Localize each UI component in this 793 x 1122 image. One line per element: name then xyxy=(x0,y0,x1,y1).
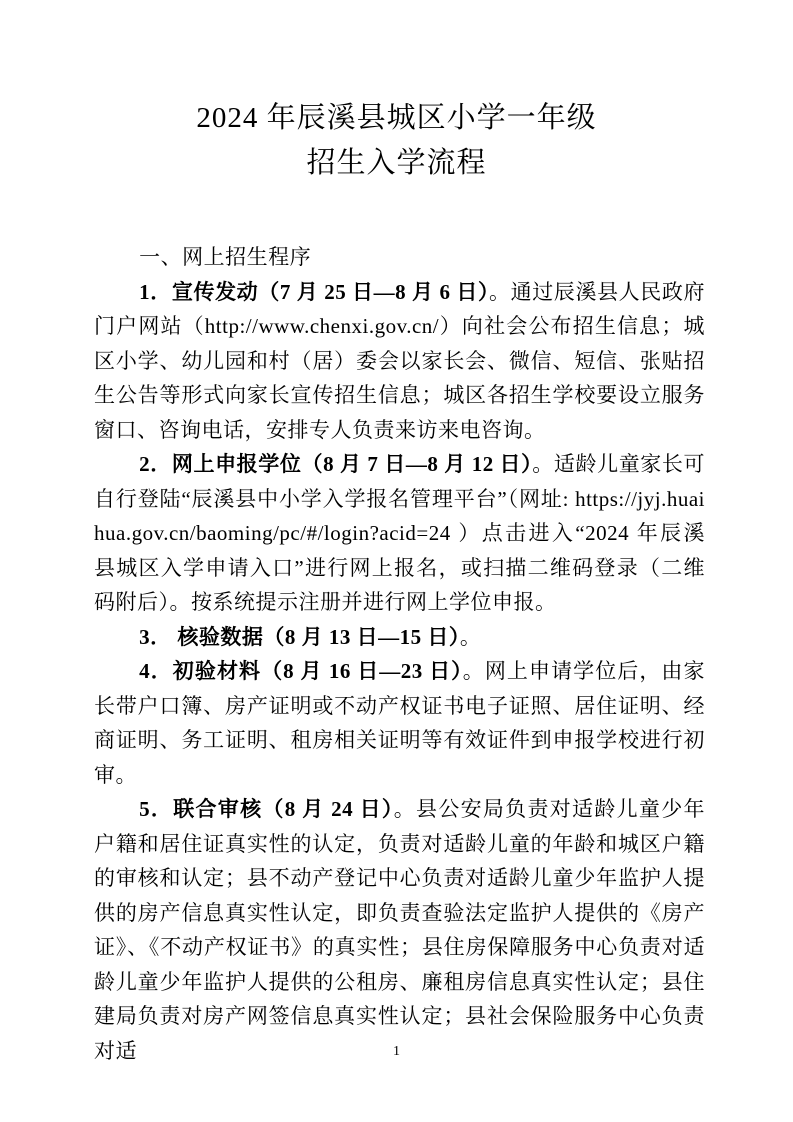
paragraph-publicity-lead: 1．宣传发动（7 月 25 日—8 月 6 日） xyxy=(139,280,489,304)
document-title: 2024 年辰溪县城区小学一年级 招生入学流程 xyxy=(0,96,793,186)
paragraph-online-application-text: 。适龄儿童家长可自行登陆“辰溪县中小学入学报名管理平台”（网址: https:/… xyxy=(94,452,705,614)
paragraph-publicity: 1．宣传发动（7 月 25 日—8 月 6 日）。通过辰溪县人民政府门户网站（h… xyxy=(94,275,705,448)
document-title-line1: 2024 年辰溪县城区小学一年级 xyxy=(0,96,793,141)
paragraph-data-verification: 3． 核验数据（8 月 13 日—15 日）。 xyxy=(94,620,705,655)
paragraph-initial-material-check-lead: 4．初验材料（8 月 16 日—23 日） xyxy=(139,659,463,683)
document-body: 一、网上招生程序 1．宣传发动（7 月 25 日—8 月 6 日）。通过辰溪县人… xyxy=(94,240,705,1068)
paragraph-initial-material-check: 4．初验材料（8 月 16 日—23 日）。网上申请学位后，由家长带户口簿、房产… xyxy=(94,654,705,792)
document-page: 2024 年辰溪县城区小学一年级 招生入学流程 一、网上招生程序 1．宣传发动（… xyxy=(0,0,793,1122)
paragraph-online-application-lead: 2．网上申报学位（8 月 7 日—8 月 12 日） xyxy=(139,452,532,476)
paragraph-data-verification-lead: 3． 核验数据（8 月 13 日—15 日） xyxy=(139,625,460,649)
paragraph-joint-review: 5．联合审核（8 月 24 日）。县公安局负责对适龄儿童少年户籍和居住证真实性的… xyxy=(94,792,705,1068)
document-title-line2: 招生入学流程 xyxy=(0,141,793,186)
paragraph-data-verification-text: 。 xyxy=(460,625,482,649)
paragraph-online-application: 2．网上申报学位（8 月 7 日—8 月 12 日）。适龄儿童家长可自行登陆“辰… xyxy=(94,447,705,620)
section-heading-online-enrollment: 一、网上招生程序 xyxy=(94,240,705,275)
paragraph-joint-review-lead: 5．联合审核（8 月 24 日） xyxy=(139,797,394,821)
page-number: 1 xyxy=(0,1044,793,1060)
paragraph-joint-review-text: 。县公安局负责对适龄儿童少年户籍和居住证真实性的认定，负责对适龄儿童的年龄和城区… xyxy=(94,797,705,1063)
